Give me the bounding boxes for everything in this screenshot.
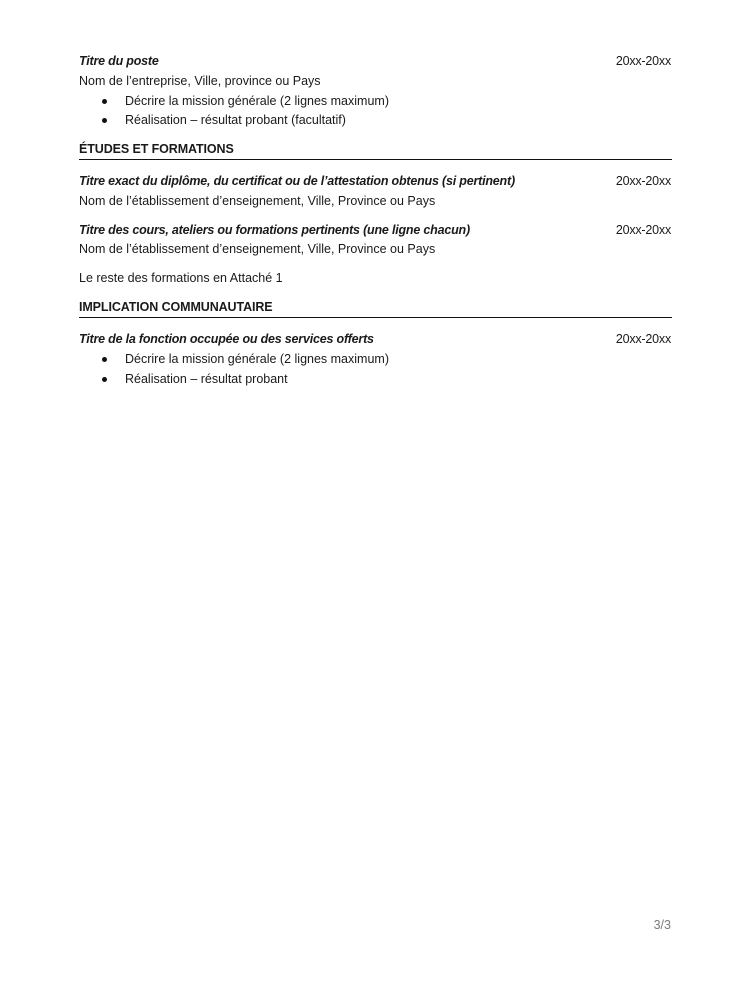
education-title: Titre des cours, ateliers ou formations … [79,223,470,237]
community-title-row: Titre de la fonction occupée ou des serv… [79,330,672,348]
bullet-icon [102,377,107,382]
bullet-text: Décrire la mission générale (2 lignes ma… [125,350,389,368]
list-item: Réalisation – résultat probant [79,370,672,388]
section-heading-education: ÉTUDES ET FORMATIONS [79,140,672,158]
job-title: Titre du poste [79,54,159,68]
bullet-icon [102,99,107,104]
section-divider [79,317,672,318]
job-title-row: Titre du poste 20xx-20xx [79,52,672,70]
bullet-icon [102,118,107,123]
education-institution: Nom de l’établissement d’enseignement, V… [79,192,672,210]
education-note: Le reste des formations en Attaché 1 [79,269,672,287]
job-dates: 20xx-20xx [616,52,671,70]
education-dates: 20xx-20xx [616,221,671,239]
bullet-text: Réalisation – résultat probant (facultat… [125,111,346,129]
section-divider [79,159,672,160]
education-title-row: Titre exact du diplôme, du certificat ou… [79,172,672,190]
education-institution: Nom de l’établissement d’enseignement, V… [79,240,672,258]
page-number: 3/3 [654,918,671,932]
education-title: Titre exact du diplôme, du certificat ou… [79,174,515,188]
list-item: Réalisation – résultat probant (facultat… [79,111,672,129]
job-company: Nom de l’entreprise, Ville, province ou … [79,72,672,90]
education-dates: 20xx-20xx [616,172,671,190]
bullet-text: Décrire la mission générale (2 lignes ma… [125,92,389,110]
bullet-icon [102,357,107,362]
list-item: Décrire la mission générale (2 lignes ma… [79,350,672,368]
community-dates: 20xx-20xx [616,330,671,348]
list-item: Décrire la mission générale (2 lignes ma… [79,92,672,110]
section-heading-community: IMPLICATION COMMUNAUTAIRE [79,298,672,316]
community-title: Titre de la fonction occupée ou des serv… [79,332,374,346]
bullet-text: Réalisation – résultat probant [125,370,288,388]
education-title-row: Titre des cours, ateliers ou formations … [79,221,672,239]
